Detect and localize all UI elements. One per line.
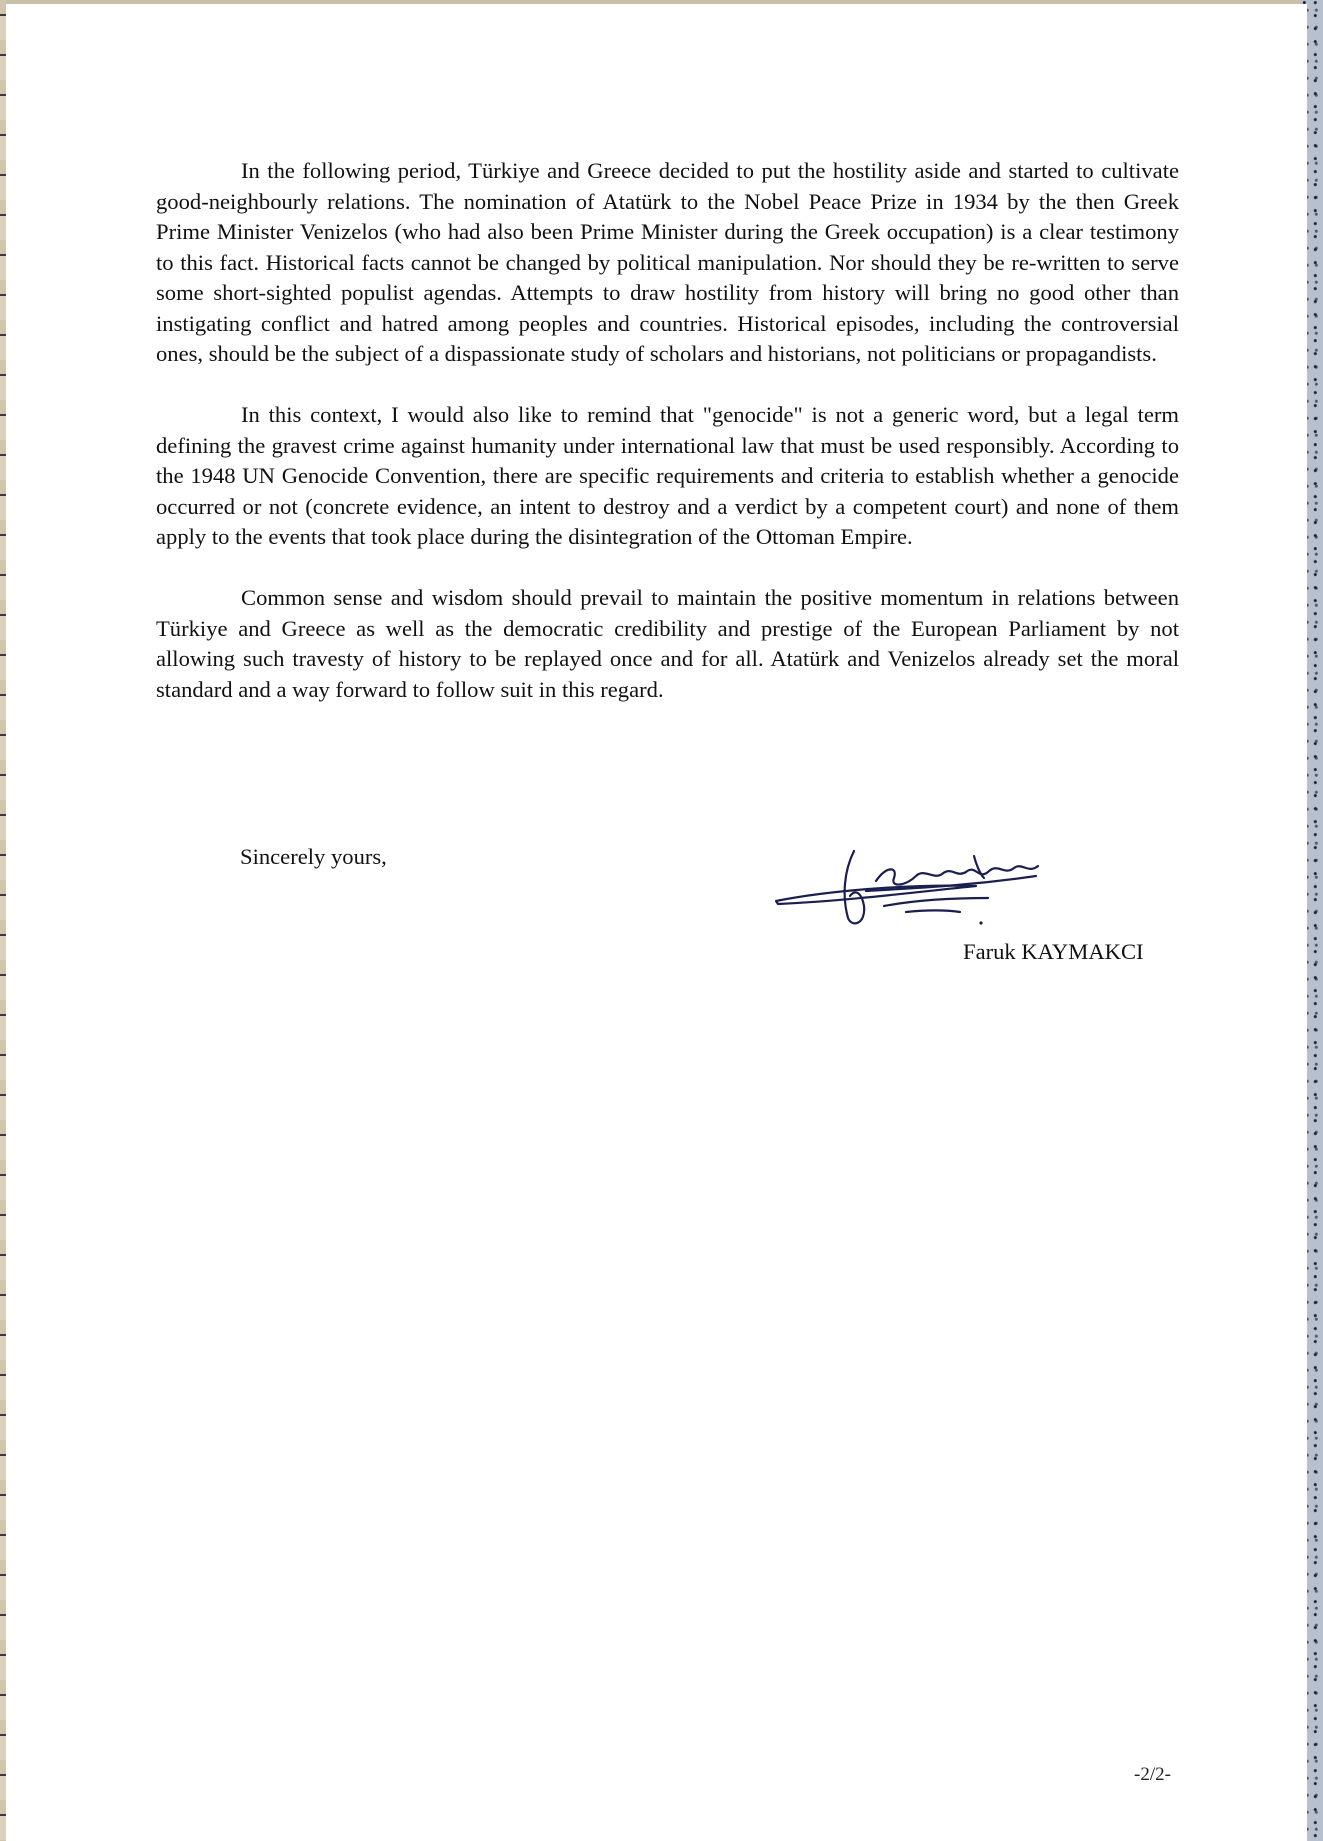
closing-salutation: Sincerely yours, (240, 844, 387, 870)
page-number: -2/2- (1134, 1764, 1171, 1786)
letter-body: In the following period, Türkiye and Gre… (156, 156, 1179, 736)
paragraph-2: In this context, I would also like to re… (156, 400, 1179, 553)
letter-page: In the following period, Türkiye and Gre… (6, 4, 1307, 1841)
paragraph-3: Common sense and wisdom should prevail t… (156, 583, 1179, 705)
signature-icon (766, 836, 1166, 936)
paragraph-1: In the following period, Türkiye and Gre… (156, 156, 1179, 370)
signer-name: Faruk KAYMAKCI (963, 939, 1144, 965)
